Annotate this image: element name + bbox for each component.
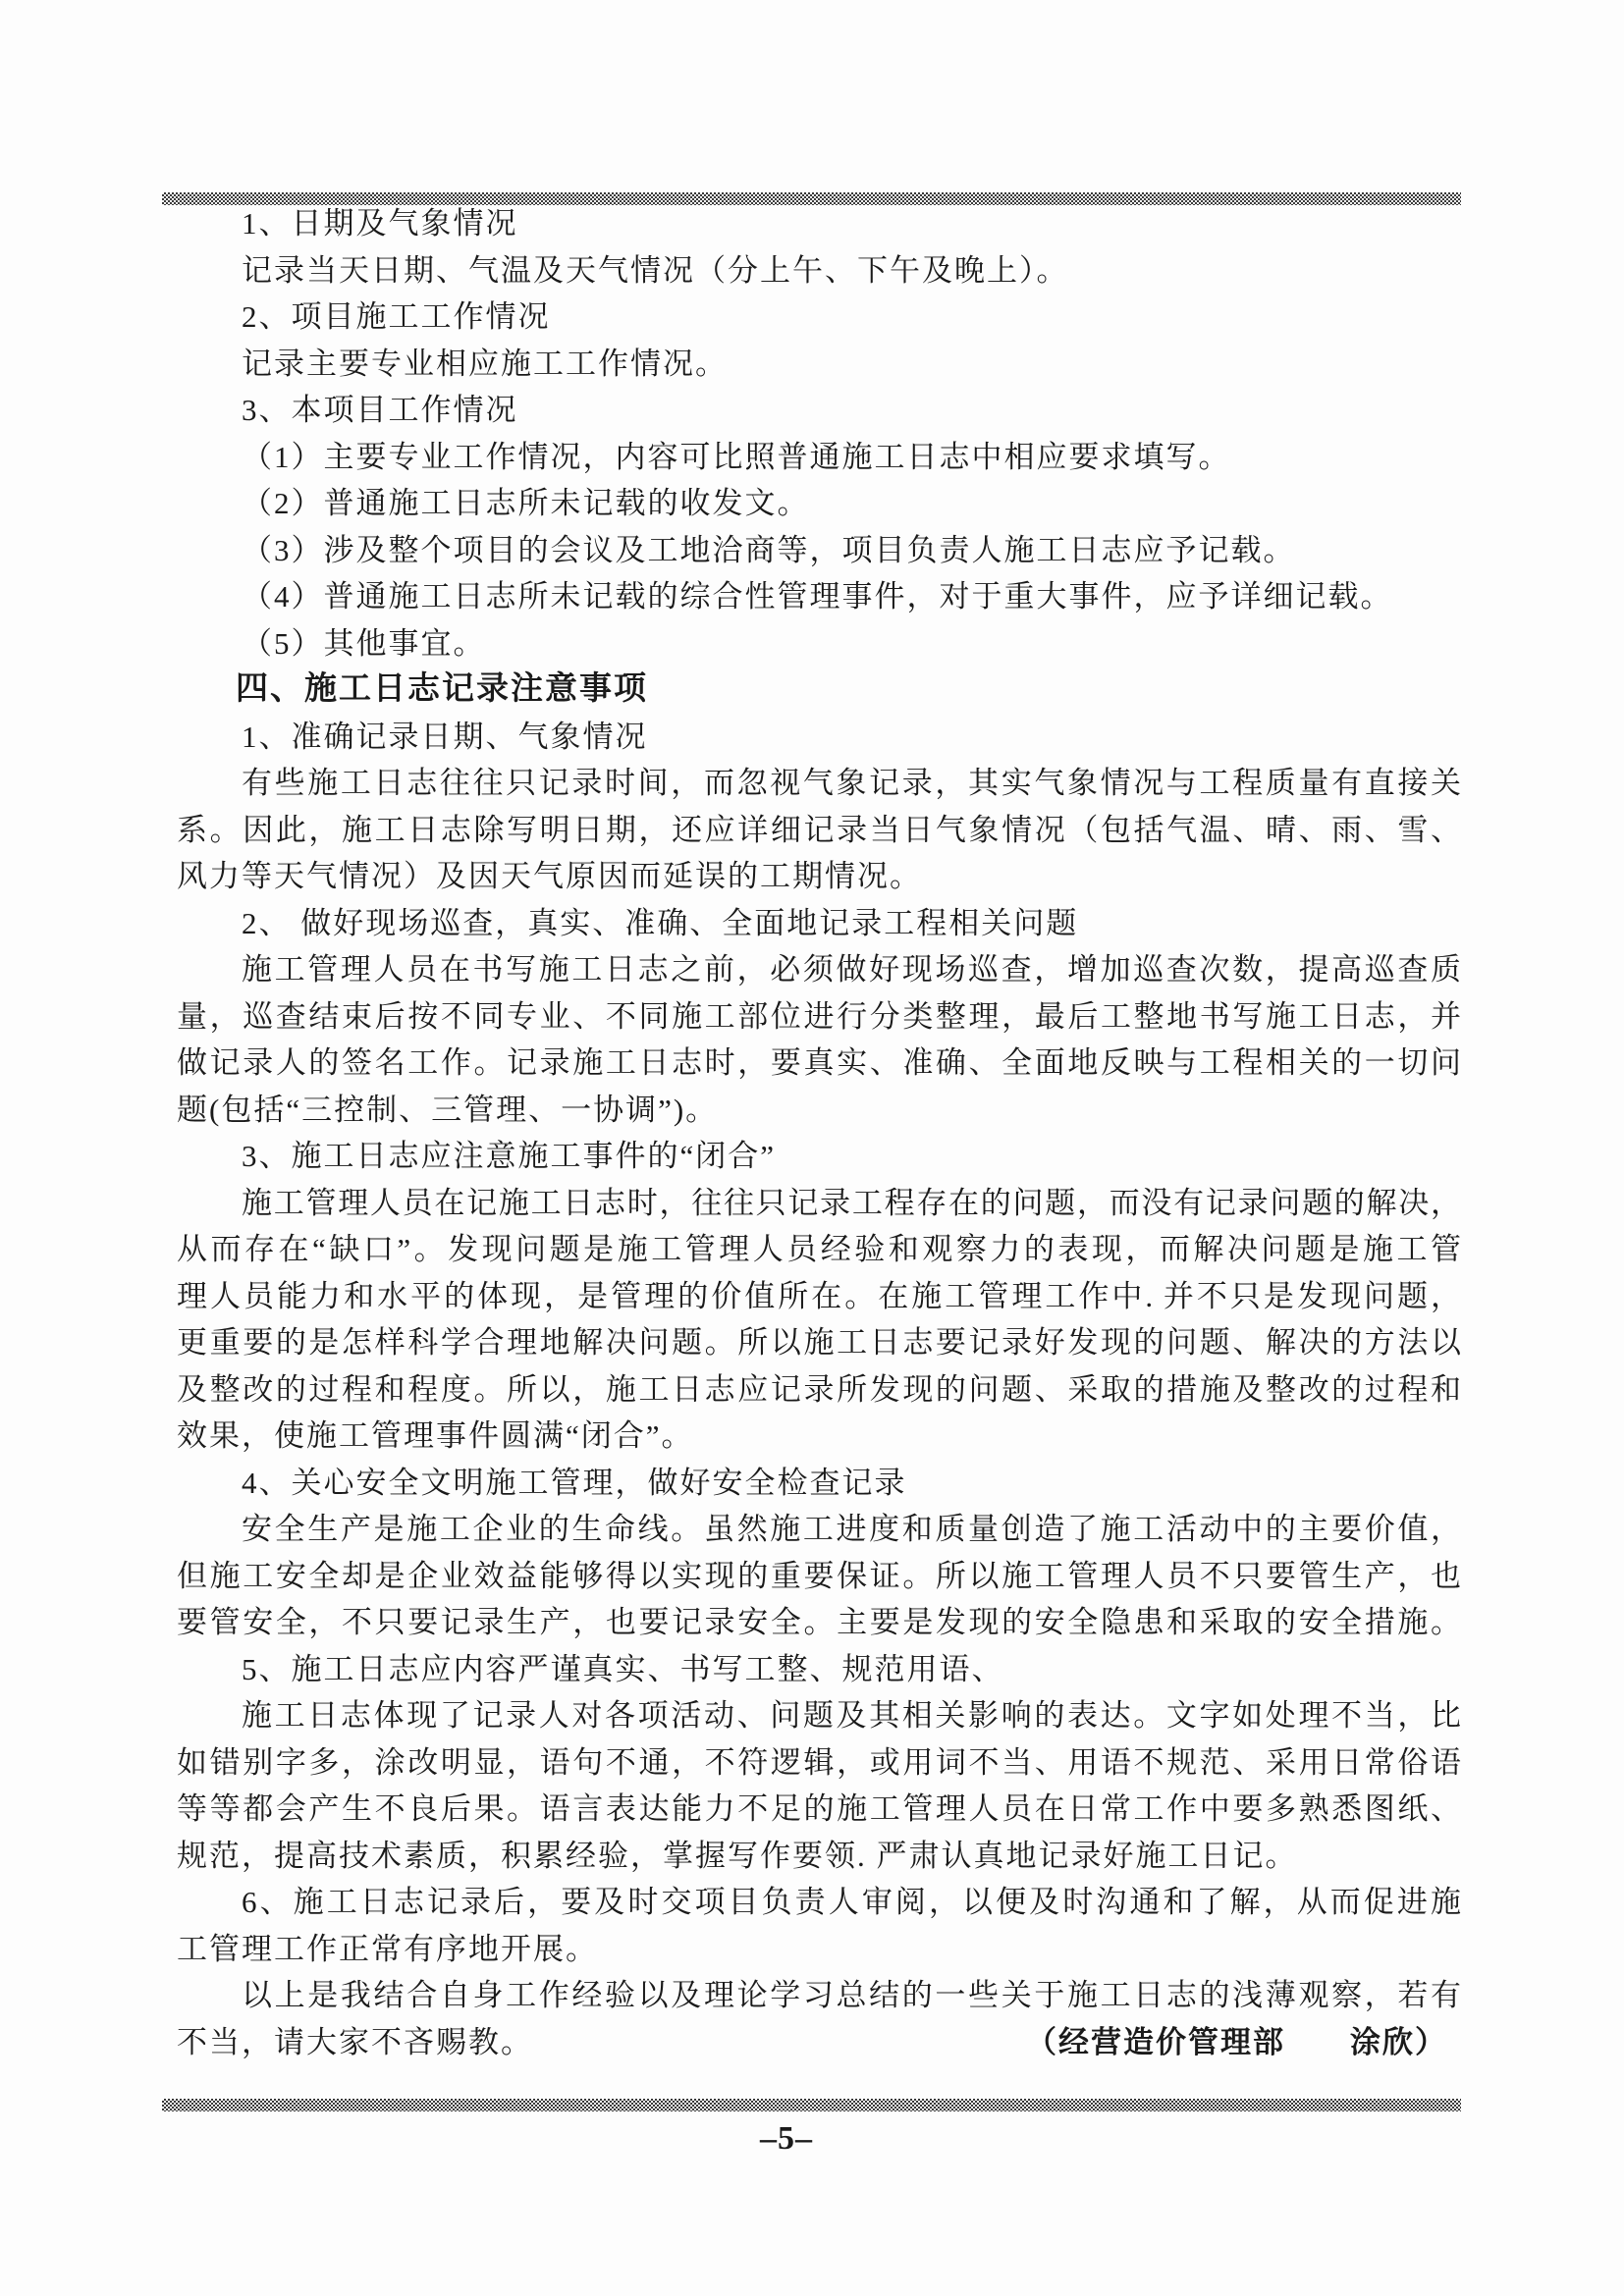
- text-line: （5）其他事宜。: [177, 620, 1461, 667]
- closing-text: 不当，请大家不吝赐教。: [177, 2019, 533, 2066]
- text-line: 1、日期及气象情况: [177, 200, 1461, 247]
- text-line: （4）普通施工日志所未记载的综合性管理事件，对于重大事件，应予详细记载。: [177, 573, 1461, 620]
- text-line: 安全生产是施工企业的生命线。虽然施工进度和质量创造了施工活动中的主要价值，: [177, 1506, 1461, 1553]
- text-line: 做记录人的签名工作。记录施工日志时，要真实、准确、全面地反映与工程相关的一切问: [177, 1040, 1461, 1087]
- section-heading: 四、施工日志记录注意事项: [177, 667, 1461, 714]
- text-line: 题(包括“三控制、三管理、一协调”)。: [177, 1087, 1461, 1134]
- text-line: 2、 做好现场巡查，真实、准确、全面地记录工程相关问题: [177, 900, 1461, 947]
- text-line: （3）涉及整个项目的会议及工地洽商等，项目负责人施工日志应予记载。: [177, 527, 1461, 574]
- text-line: 理人员能力和水平的体现，是管理的价值所在。在施工管理工作中. 并不只是发现问题，: [177, 1273, 1461, 1320]
- text-line: 有些施工日志往往只记录时间，而忽视气象记录，其实气象情况与工程质量有直接关: [177, 760, 1461, 807]
- text-line: 工管理工作正常有序地开展。: [177, 1926, 1461, 1973]
- text-line: 风力等天气情况）及因天气原因而延误的工期情况。: [177, 853, 1461, 900]
- text-line: 记录主要专业相应施工工作情况。: [177, 341, 1461, 388]
- text-line: 效果，使施工管理事件圆满“闭合”。: [177, 1413, 1461, 1460]
- text-line: 不当，请大家不吝赐教。（经营造价管理部 涂欣）: [177, 2019, 1461, 2066]
- text-line: 3、施工日志应注意施工事件的“闭合”: [177, 1133, 1461, 1180]
- text-line: 如错别字多，涂改明显，语句不通，不符逻辑，或用词不当、用语不规范、采用日常俗语: [177, 1739, 1461, 1787]
- document-page: 1、日期及气象情况记录当天日期、气温及天气情况（分上午、下午及晚上）。2、项目施…: [0, 0, 1624, 2296]
- text-line: 施工管理人员在书写施工日志之前，必须做好现场巡查，增加巡查次数，提高巡查质: [177, 946, 1461, 993]
- text-line: 更重要的是怎样科学合理地解决问题。所以施工日志要记录好发现的问题、解决的方法以: [177, 1319, 1461, 1366]
- text-line: 1、准确记录日期、气象情况: [177, 714, 1461, 761]
- text-line: 系。因此，施工日志除写明日期，还应详细记录当日气象情况（包括气温、晴、雨、雪、: [177, 807, 1461, 854]
- text-line: 规范，提高技术素质，积累经验，掌握写作要领. 严肃认真地记录好施工日记。: [177, 1833, 1461, 1880]
- text-line: 从而存在“缺口”。发现问题是施工管理人员经验和观察力的表现，而解决问题是施工管: [177, 1226, 1461, 1273]
- text-line: 要管安全，不只要记录生产，也要记录安全。主要是发现的安全隐患和采取的安全措施。: [177, 1599, 1461, 1646]
- text-line: 但施工安全却是企业效益能够得以实现的重要保证。所以施工管理人员不只要管生产，也: [177, 1553, 1461, 1600]
- document-body: 1、日期及气象情况记录当天日期、气温及天气情况（分上午、下午及晚上）。2、项目施…: [177, 200, 1461, 2065]
- signature: （经营造价管理部 涂欣）: [1026, 2019, 1461, 2066]
- text-line: （1）主要专业工作情况，内容可比照普通施工日志中相应要求填写。: [177, 434, 1461, 481]
- text-line: 以上是我结合自身工作经验以及理论学习总结的一些关于施工日志的浅薄观察，若有: [177, 1972, 1461, 2019]
- text-line: 2、项目施工工作情况: [177, 294, 1461, 341]
- page-number: –5–: [0, 2120, 1598, 2158]
- text-line: 量，巡查结束后按不同专业、不同施工部位进行分类整理，最后工整地书写施工日志，并: [177, 993, 1461, 1041]
- text-line: 5、施工日志应内容严谨真实、书写工整、规范用语、: [177, 1646, 1461, 1693]
- bottom-decorative-rule: [162, 2099, 1461, 2111]
- text-line: 及整改的过程和程度。所以，施工日志应记录所发现的问题、采取的措施及整改的过程和: [177, 1366, 1461, 1414]
- text-line: 施工管理人员在记施工日志时，往往只记录工程存在的问题，而没有记录问题的解决，: [177, 1180, 1461, 1227]
- text-line: 施工日志体现了记录人对各项活动、问题及其相关影响的表达。文字如处理不当，比: [177, 1692, 1461, 1739]
- text-line: （2）普通施工日志所未记载的收发文。: [177, 480, 1461, 527]
- text-line: 4、关心安全文明施工管理，做好安全检查记录: [177, 1460, 1461, 1507]
- text-line: 记录当天日期、气温及天气情况（分上午、下午及晚上）。: [177, 247, 1461, 294]
- text-line: 6、施工日志记录后，要及时交项目负责人审阅，以便及时沟通和了解，从而促进施: [177, 1879, 1461, 1926]
- text-line: 等等都会产生不良后果。语言表达能力不足的施工管理人员在日常工作中要多熟悉图纸、: [177, 1786, 1461, 1833]
- text-line: 3、本项目工作情况: [177, 387, 1461, 434]
